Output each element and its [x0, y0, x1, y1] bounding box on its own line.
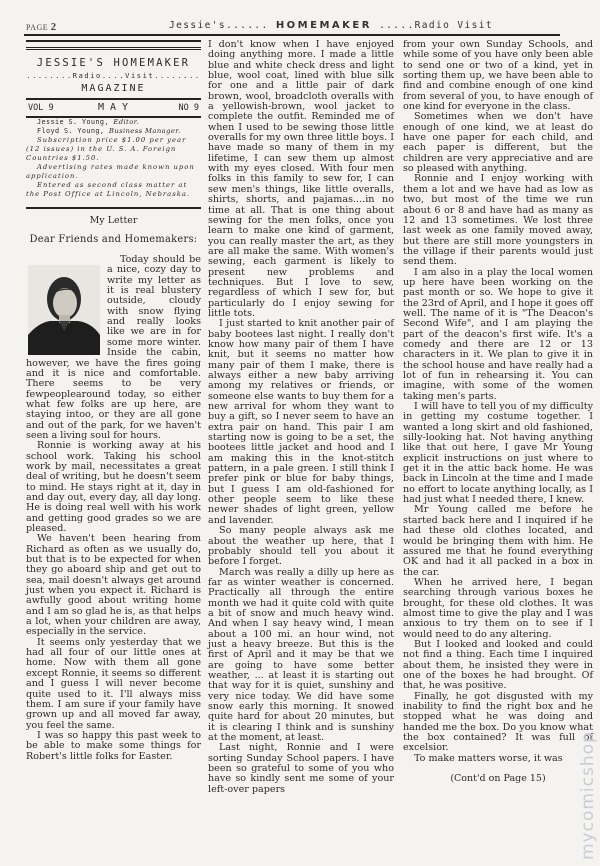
letter-paragraph: Mr Young called me before he started bac… — [403, 505, 593, 577]
letter-paragraph: So many people always ask me about the w… — [208, 526, 394, 567]
divider — [26, 40, 201, 45]
editor-line: Jessie S. Young, Editor. — [26, 118, 201, 127]
portrait-image — [28, 265, 100, 355]
column-2: I don't know when I have enjoyed doing a… — [208, 40, 394, 795]
running-title: Jessie's...... HOMEMAKER .....Radio Visi… — [169, 20, 493, 31]
postal-entry-info: Entered as second class matter at the Po… — [26, 181, 201, 199]
letter-paragraph: I was so happy this past week to be able… — [26, 731, 201, 762]
author-photo — [28, 265, 100, 355]
letter-paragraph: I just started to knit another pair of b… — [208, 319, 394, 526]
letter-paragraph: It seems only yesterday that we had all … — [26, 638, 201, 731]
manager-line: Floyd S. Young, Business Manager. — [26, 127, 201, 136]
column-3: from your own Sunday Schools, and while … — [403, 40, 593, 784]
letter-heading: My Letter — [26, 216, 201, 226]
divider — [26, 207, 201, 209]
issue-info: VOL 9 MAY NO 9 — [26, 100, 201, 118]
issue-month: MAY — [98, 103, 134, 113]
watermark: mycomicshop — [578, 650, 598, 860]
masthead-subtitle: ........Radio....Visit........ — [26, 71, 201, 81]
column-1: JESSIE'S HOMEMAKER ........Radio....Visi… — [26, 40, 201, 762]
letter-paragraph: Ronnie is working away at his school wor… — [26, 441, 201, 534]
letter-paragraph: When he arrived here, I began searching … — [403, 578, 593, 640]
letter-paragraph: Finally, he got disgusted with my inabil… — [403, 692, 593, 754]
letter-paragraph: To make matters worse, it was — [403, 754, 593, 764]
letter-paragraph: But I looked and looked and could not fi… — [403, 640, 593, 692]
volume: VOL 9 — [28, 103, 54, 113]
letter-paragraph: Ronnie and I enjoy working with them a l… — [403, 174, 593, 267]
continued-link[interactable]: (Cont'd on Page 15) — [403, 774, 593, 784]
letter-paragraph: March was really a dilly up here as far … — [208, 568, 394, 744]
subscription-info: Subscription price $1.00 per year (12 is… — [26, 136, 201, 163]
letter-paragraph: Last night, Ronnie and I were sorting Su… — [208, 743, 394, 795]
masthead-title: JESSIE'S HOMEMAKER — [26, 58, 201, 68]
masthead: JESSIE'S HOMEMAKER ........Radio....Visi… — [26, 47, 201, 100]
letter-paragraph: We haven't been hearing from Richard as … — [26, 534, 201, 637]
letter-paragraph: I will have to tell you of my difficulty… — [403, 402, 593, 505]
page-number: PAGE 2 — [26, 21, 57, 33]
letter-paragraph: Sometimes when we don't have enough of o… — [403, 112, 593, 174]
letter-paragraph: I am also in a play the local women up h… — [403, 268, 593, 402]
letter-paragraph: I don't know when I have enjoyed doing a… — [208, 40, 394, 319]
letter-paragraph: from your own Sunday Schools, and while … — [403, 40, 593, 112]
salutation: Dear Friends and Homemakers: — [26, 235, 201, 245]
page-header: PAGE 2 Jessie's...... HOMEMAKER .....Rad… — [24, 20, 560, 36]
advertising-info: Advertising rates made known upon applic… — [26, 163, 201, 181]
staff-box: Jessie S. Young, Editor. Floyd S. Young,… — [26, 118, 201, 199]
issue-number: NO 9 — [179, 103, 199, 113]
masthead-magazine: MAGAZINE — [26, 84, 201, 98]
